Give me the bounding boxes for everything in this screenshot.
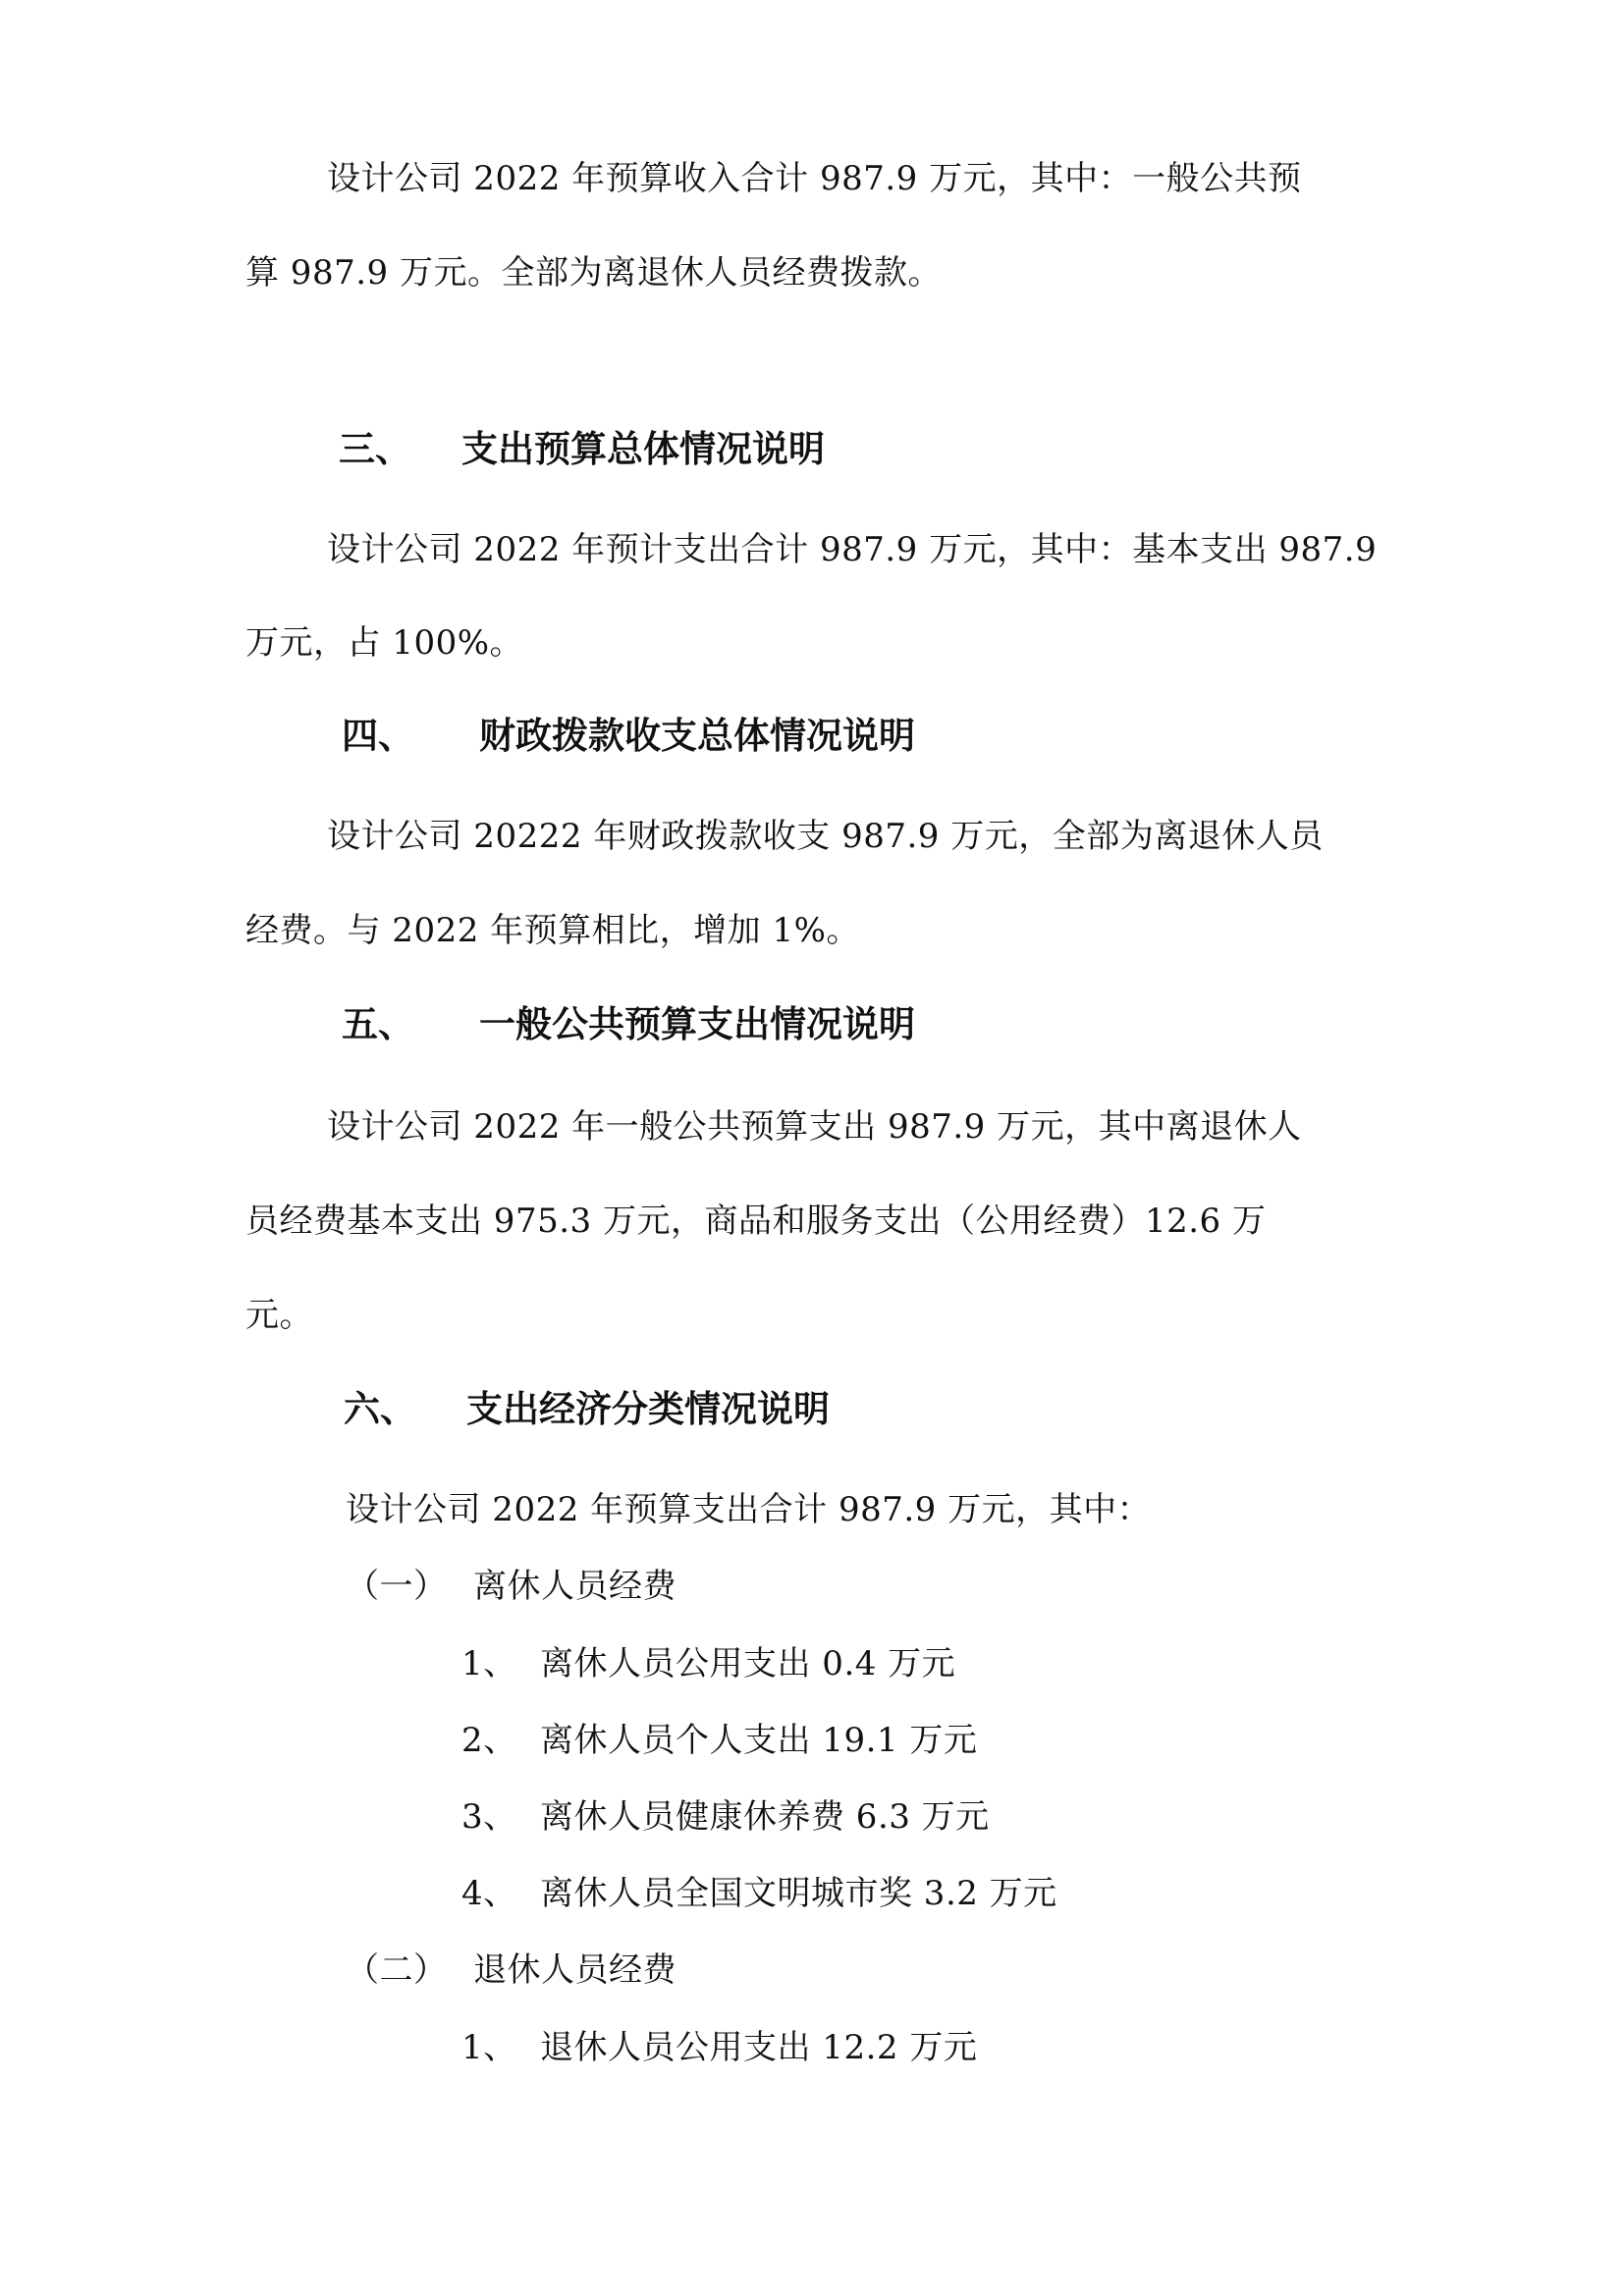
list-text: 退休人员公用支出 12.2 万元 [540, 2028, 977, 2067]
section-number: 六、 [344, 1388, 466, 1431]
list-index: 3、 [461, 1797, 540, 1837]
list-index: 2、 [461, 1721, 540, 1760]
list-text: 离休人员公用支出 0.4 万元 [540, 1644, 955, 1683]
list-text: 离休人员健康休养费 6.3 万元 [540, 1797, 990, 1837]
section-heading: 五、一般公共预算支出情况说明 [342, 1003, 915, 1046]
list-text: 离休人员个人支出 19.1 万元 [540, 1721, 977, 1760]
subsection-index: （一） [346, 1567, 473, 1606]
subsection-heading: （二）退休人员经费 [346, 1950, 677, 1990]
list-index: 1、 [461, 2028, 540, 2067]
paragraph-line: 员经费基本支出 975.3 万元，商品和服务支出（公用经费）12.6 万 [245, 1201, 1266, 1241]
section-title: 财政拨款收支总体情况说明 [479, 715, 915, 757]
paragraph-line: 设计公司 20222 年财政拨款收支 987.9 万元，全部为离退休人员 [327, 817, 1324, 856]
section-title: 支出经济分类情况说明 [466, 1388, 830, 1430]
list-item: 1、离休人员公用支出 0.4 万元 [461, 1644, 955, 1683]
list-item: 3、离休人员健康休养费 6.3 万元 [461, 1797, 990, 1837]
paragraph-line: 设计公司 2022 年预算收入合计 987.9 万元，其中：一般公共预 [327, 159, 1302, 198]
list-item: 1、退休人员公用支出 12.2 万元 [461, 2028, 977, 2067]
paragraph-line: 设计公司 2022 年一般公共预算支出 987.9 万元，其中离退休人 [327, 1107, 1302, 1147]
list-item: 4、离休人员全国文明城市奖 3.2 万元 [461, 1874, 1057, 1913]
subsection-index: （二） [346, 1950, 473, 1990]
paragraph-line: 算 987.9 万元。全部为离退休人员经费拨款。 [245, 253, 942, 293]
paragraph-line: 元。 [245, 1296, 313, 1335]
paragraph-line: 经费。与 2022 年预算相比，增加 1%。 [245, 911, 860, 950]
list-index: 4、 [461, 1874, 540, 1913]
section-heading: 三、支出预算总体情况说明 [339, 428, 825, 471]
section-heading: 四、财政拨款收支总体情况说明 [342, 715, 915, 758]
list-item: 2、离休人员个人支出 19.1 万元 [461, 1721, 977, 1760]
section-number: 四、 [342, 715, 479, 758]
section-title: 一般公共预算支出情况说明 [479, 1003, 915, 1045]
section-title: 支出预算总体情况说明 [461, 428, 825, 470]
subsection-heading: （一）离休人员经费 [346, 1567, 677, 1606]
subsection-label: 退休人员经费 [473, 1950, 677, 1990]
section-number: 五、 [342, 1003, 479, 1046]
subsection-label: 离休人员经费 [473, 1567, 677, 1606]
list-index: 1、 [461, 1644, 540, 1683]
list-text: 离休人员全国文明城市奖 3.2 万元 [540, 1874, 1057, 1913]
section-heading: 六、支出经济分类情况说明 [344, 1388, 830, 1431]
document-page: 设计公司 2022 年预算收入合计 987.9 万元，其中：一般公共预 算 98… [0, 0, 1624, 2296]
paragraph-line: 设计公司 2022 年预算支出合计 987.9 万元，其中： [346, 1490, 1151, 1529]
paragraph-line: 万元，占 100%。 [245, 623, 523, 663]
paragraph-line: 设计公司 2022 年预计支出合计 987.9 万元，其中：基本支出 987.9 [327, 530, 1377, 569]
section-number: 三、 [339, 428, 461, 471]
